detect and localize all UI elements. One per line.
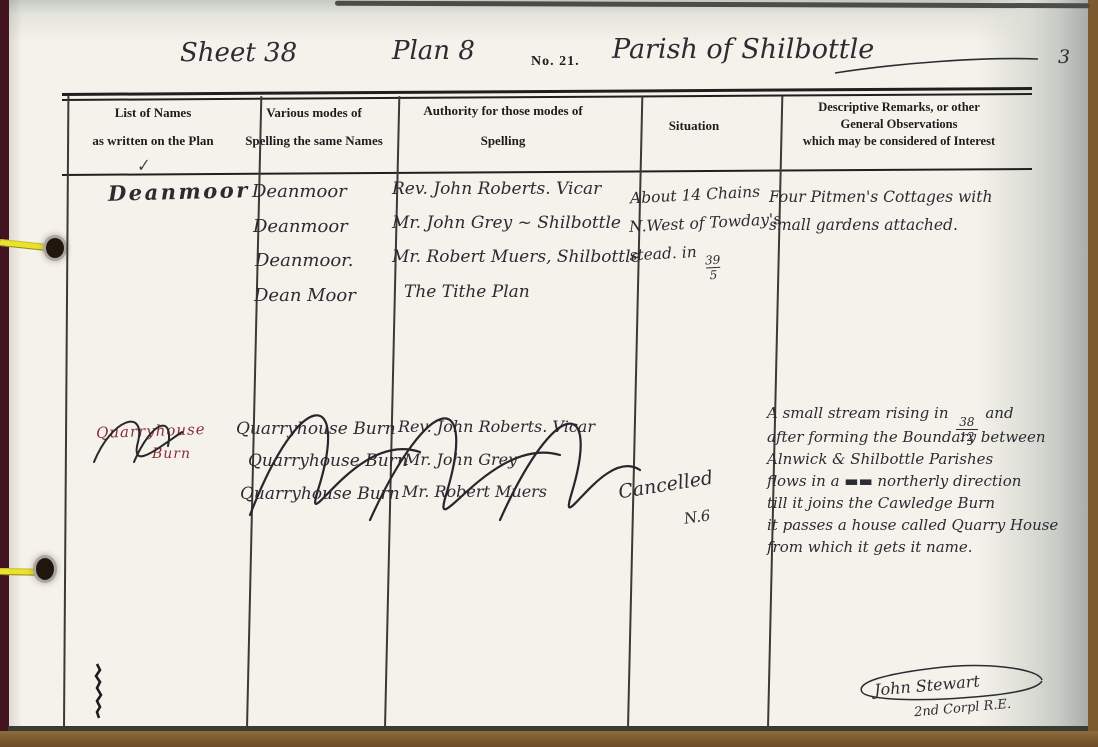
- col-header-names-line2: as written on the Plan: [63, 134, 243, 147]
- entry2-remarks-line6: it passes a house called Quarry House: [767, 518, 1058, 533]
- entry1-situation-line3-text: stead. in: [629, 243, 697, 264]
- entry2-remarks-line7: from which it gets it name.: [767, 540, 973, 555]
- entry2-remarks-line4: flows in a ▬▬ northerly direction: [767, 474, 1021, 489]
- header-plan: Plan 8: [392, 38, 475, 64]
- entry2-remarks-line1-pre: A small stream rising in: [767, 404, 949, 422]
- entry1-spelling-3: Deanmoor.: [255, 252, 354, 270]
- header-sheet: Sheet 38: [180, 40, 297, 66]
- entry2-spelling-1: Quarryhouse Burn: [236, 421, 396, 438]
- entry2-authority-3: Mr. Robert Muers: [402, 484, 547, 500]
- entry1-situation-line3: stead. in 39 5: [629, 244, 724, 286]
- entry1-spelling-1: Deanmoor: [252, 183, 347, 201]
- entry2-situation-note: N.6: [683, 508, 711, 527]
- entry1-plan-name: Deanmoor: [108, 179, 250, 204]
- col-header-spelling-line2: Spelling the same Names: [234, 134, 394, 147]
- col-header-names-line1: List of Names: [63, 106, 243, 119]
- entry1-spelling-2: Deanmoor: [253, 218, 348, 236]
- entry2-remarks-line3: Alnwick & Shilbottle Parishes: [767, 452, 993, 467]
- scanned-document-page: Sheet 38 Plan 8 No. 21. Parish of Shilbo…: [0, 0, 1098, 747]
- entry1-authority-3: Mr. Robert Muers, Shilbottle: [392, 249, 641, 266]
- entry1-situation-sheet-fraction: 39 5: [705, 254, 722, 282]
- entry2-plan-name-line2: Burn: [152, 447, 191, 461]
- fraction-numerator: 39: [705, 254, 721, 267]
- fraction-numerator: 38: [959, 416, 974, 429]
- table-wood-background: [0, 731, 1098, 747]
- col-header-authority-line2: Spelling: [392, 134, 614, 147]
- entry1-remarks-line1: Four Pitmen's Cottages with: [769, 190, 992, 206]
- entry2-remarks-line2: after forming the Boundary between: [767, 430, 1046, 445]
- entry1-remarks-line2: small gardens attached.: [769, 218, 958, 234]
- punch-hole-top: [46, 238, 64, 258]
- entry1-authority-4: The Tithe Plan: [404, 284, 530, 301]
- entry2-authority-1: Rev. John Roberts. Vicar: [398, 419, 595, 435]
- col-header-spelling-line1: Various modes of: [234, 106, 394, 119]
- col-header-remarks-line3: which may be considered of Interest: [773, 135, 1025, 148]
- binding-spine-edge: [0, 0, 9, 747]
- entry1-spelling-4: Dean Moor: [254, 287, 356, 305]
- col-header-remarks-line2: General Observations: [773, 118, 1025, 131]
- entry1-authority-1: Rev. John Roberts. Vicar: [392, 181, 601, 198]
- entry2-spelling-2: Quarryhouse Burn: [248, 453, 408, 470]
- col-header-authority-line1: Authority for those modes of: [392, 104, 614, 117]
- header-parish: Parish of Shilbottle: [612, 36, 874, 63]
- entry1-authority-2: Mr. John Grey ~ Shilbottle: [392, 215, 621, 232]
- entry2-remarks-line5: till it joins the Cawledge Burn: [767, 496, 995, 511]
- header-number: No. 21.: [531, 55, 580, 69]
- entry2-remarks-line1-post: and: [985, 404, 1013, 422]
- fraction-denominator: 5: [706, 266, 720, 281]
- entry2-plan-name-line1: Quarryhouse: [96, 422, 206, 441]
- entry2-spelling-3: Quarryhouse Burn: [240, 486, 400, 503]
- entry2-authority-2: Mr. John Grey: [404, 452, 517, 468]
- punch-hole-bottom: [36, 558, 54, 580]
- col-header-remarks-line1: Descriptive Remarks, or other: [773, 101, 1025, 114]
- page-number: 3: [1058, 48, 1070, 67]
- col-header-situation: Situation: [634, 119, 754, 132]
